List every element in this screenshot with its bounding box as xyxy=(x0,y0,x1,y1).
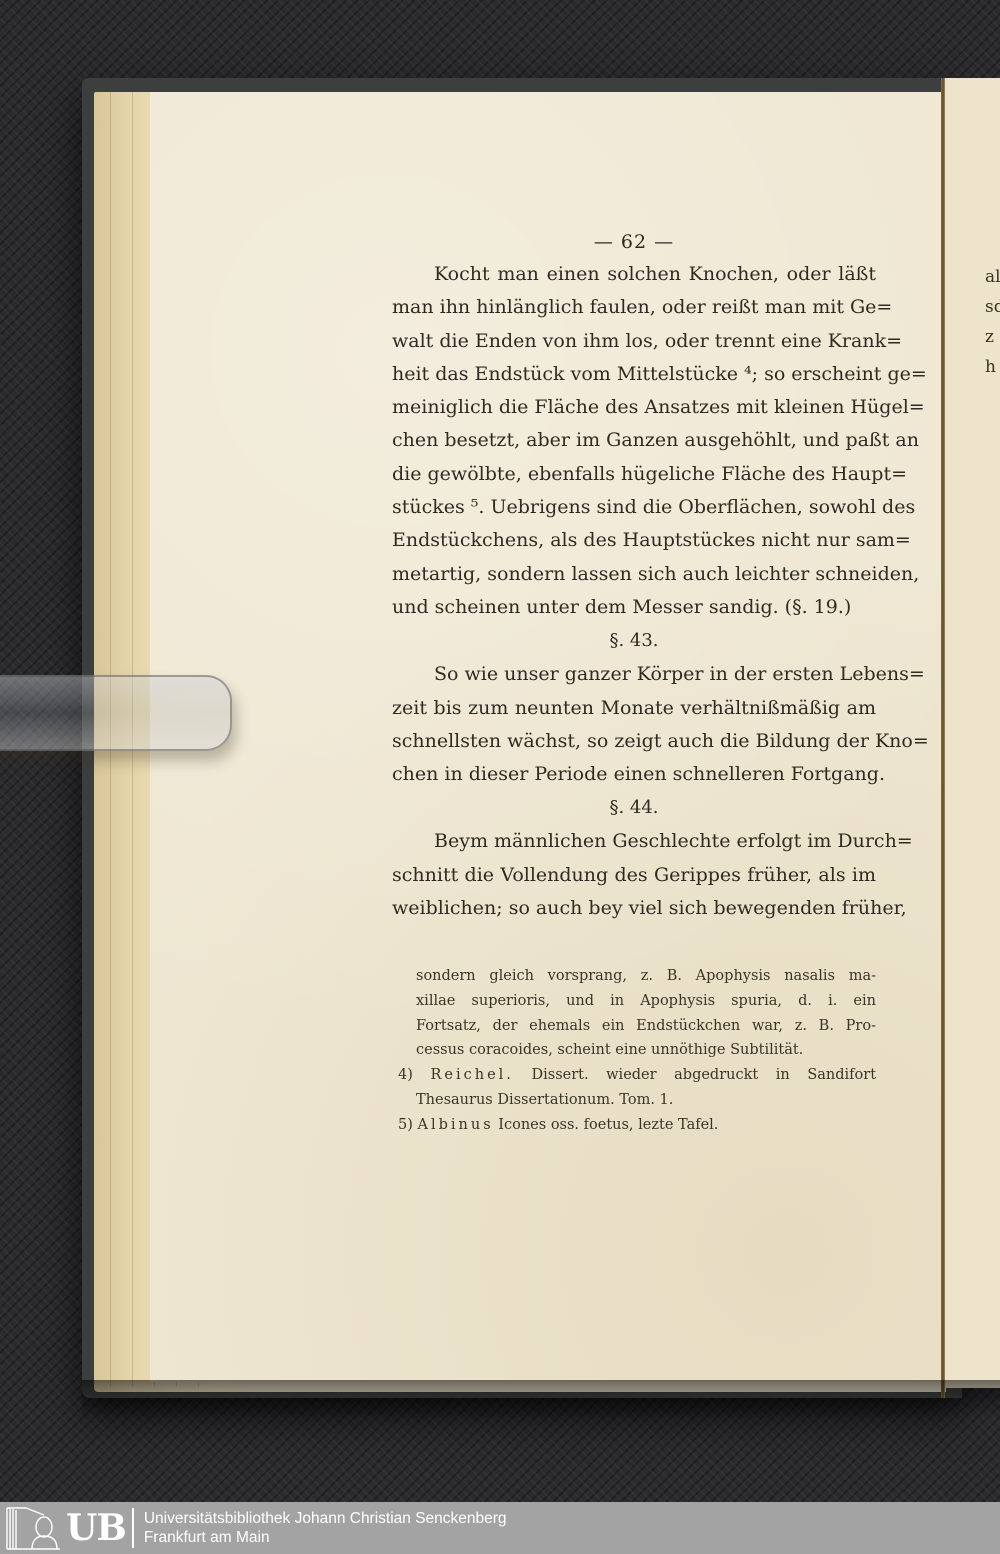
text-line: stückes ⁵. Uebrigens sind die Oberfläche… xyxy=(392,491,876,524)
text-line: und scheinen unter dem Messer sandig. (§… xyxy=(392,591,876,624)
paragraph: Beym männlichen Geschlechte erfolgt im D… xyxy=(392,825,876,925)
text-line: schnellsten wächst, so zeigt auch die Bi… xyxy=(392,725,876,758)
facing-fragment: z xyxy=(985,322,1000,352)
text-line: schnitt die Vollendung des Gerippes früh… xyxy=(392,859,876,892)
footnote-marker: 5) xyxy=(398,1117,413,1133)
text-line: walt die Enden von ihm los, oder trennt … xyxy=(392,325,876,358)
institution-line-2: Frankfurt am Main xyxy=(144,1528,507,1547)
transparent-bookmark-strip xyxy=(0,675,232,751)
facing-fragment: h xyxy=(985,352,1000,382)
text-line: zeit bis zum neunten Monate verhältnißmä… xyxy=(392,692,876,725)
text-line: So wie unser ganzer Körper in der ersten… xyxy=(392,658,876,691)
institution-line-1: Universitätsbibliothek Johann Christian … xyxy=(144,1509,507,1528)
facing-page-text: als sd z h xyxy=(985,262,1000,382)
senckenberg-bust-icon xyxy=(4,1505,64,1551)
footnote-line: sondern gleich vorsprang, z. B. Apophysi… xyxy=(398,964,876,989)
text-line: Endstückchens, als des Hauptstückes nich… xyxy=(392,524,876,557)
paragraph: So wie unser ganzer Körper in der ersten… xyxy=(392,658,876,791)
footnote-text: Dissert. wieder abgedruckt in Sandifort xyxy=(531,1067,876,1083)
institution-name: Universitätsbibliothek Johann Christian … xyxy=(144,1509,507,1547)
logo-divider xyxy=(132,1508,134,1548)
footnotes: sondern gleich vorsprang, z. B. Apophysi… xyxy=(398,964,876,1138)
scanned-book-image: als sd z h — 62 — Kocht man einen solche… xyxy=(0,0,1000,1500)
page-number: — 62 — xyxy=(392,222,876,258)
text-line: meiniglich die Fläche des Ansatzes mit k… xyxy=(392,391,876,424)
section-heading: §. 43. xyxy=(392,624,876,658)
text-line: Beym männlichen Geschlechte erfolgt im D… xyxy=(392,825,876,858)
footnote-line: Fortsatz, der ehemals ein Endstückchen w… xyxy=(398,1014,876,1039)
footnote-marker: 4) xyxy=(398,1067,413,1083)
library-footer: UB Universitätsbibliothek Johann Christi… xyxy=(0,1502,1000,1554)
facing-fragment: als xyxy=(985,262,1000,292)
footnote-text: Icones oss. foetus, lezte Tafel. xyxy=(498,1117,718,1133)
library-logo: UB xyxy=(4,1504,134,1552)
text-line: weiblichen; so auch bey viel sich bewege… xyxy=(392,892,876,925)
text-line: chen besetzt, aber im Ganzen ausgehöhlt,… xyxy=(392,424,876,457)
text-line: heit das Endstück vom Mittelstücke ⁴; so… xyxy=(392,358,876,391)
footnote-author: Albinus xyxy=(418,1117,494,1133)
text-line: die gewölbte, ebenfalls hügeliche Fläche… xyxy=(392,458,876,491)
footnote-5: 5) Albinus Icones oss. foetus, lezte Taf… xyxy=(398,1113,876,1138)
text-line: Kocht man einen solchen Knochen, oder lä… xyxy=(392,258,876,291)
paragraph: Kocht man einen solchen Knochen, oder lä… xyxy=(392,258,876,624)
footnote-line: Thesaurus Dissertationum. Tom. 1. xyxy=(398,1088,876,1113)
footnote-line: xillae superioris, und in Apophysis spur… xyxy=(398,989,876,1014)
footnote-4: 4) Reichel. Dissert. wieder abgedruckt i… xyxy=(398,1063,876,1088)
text-line: man ihn hinlänglich faulen, oder reißt m… xyxy=(392,291,876,324)
text-line: metartig, sondern lassen sich auch leich… xyxy=(392,558,876,591)
page-body: — 62 — Kocht man einen solchen Knochen, … xyxy=(392,222,876,925)
page-bottom-shadow xyxy=(82,1380,1000,1420)
footnote-line: cessus coracoides, scheint eine unnöthig… xyxy=(398,1038,876,1063)
text-line: chen in dieser Periode einen schnelleren… xyxy=(392,758,876,791)
facing-fragment: sd xyxy=(985,292,1000,322)
section-heading: §. 44. xyxy=(392,791,876,825)
ub-logo-text: UB xyxy=(66,1507,126,1549)
footnote-author: Reichel. xyxy=(430,1067,513,1083)
